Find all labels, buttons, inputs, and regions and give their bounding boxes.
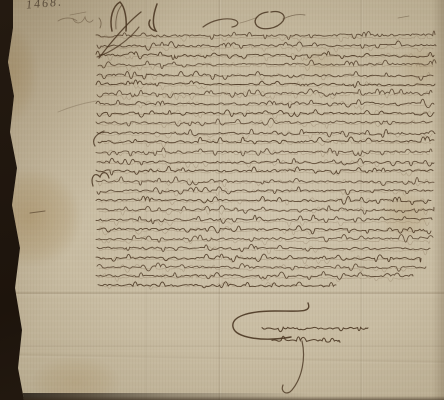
manuscript-paper: 1468. [0,0,444,400]
handwriting-ink-layer [0,0,444,400]
paper-bottom-edge-shadow [0,396,444,400]
photograph-of-manuscript: 1468. [0,0,444,400]
